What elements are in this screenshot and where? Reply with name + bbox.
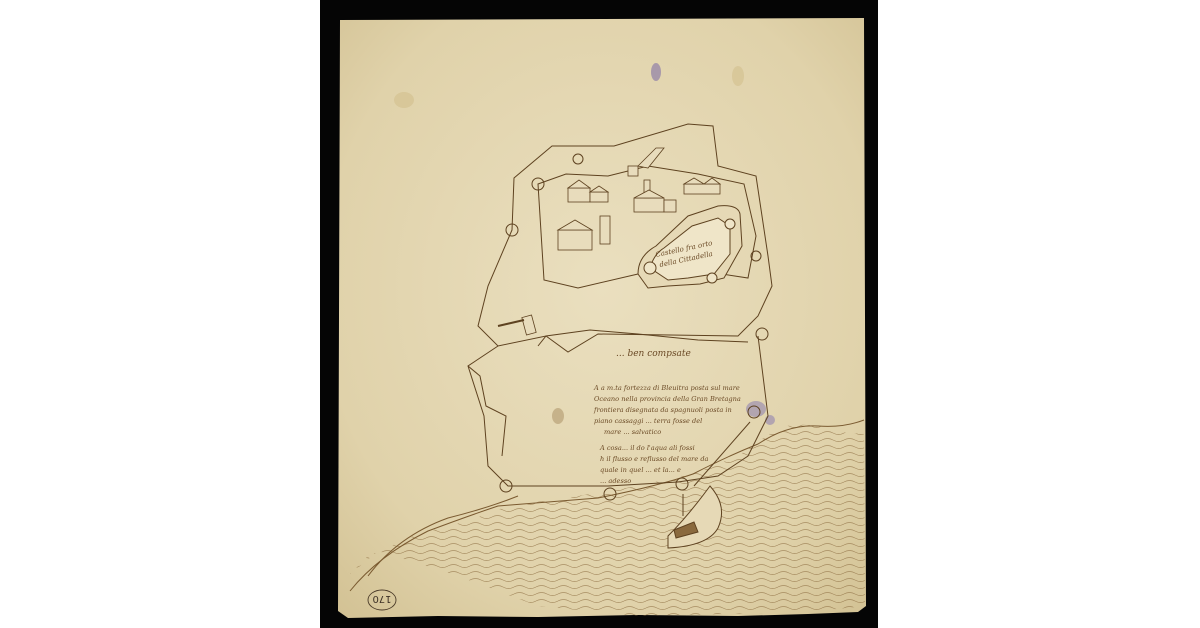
- archive-number: 170: [372, 593, 391, 604]
- legend-line: frontiera disegnata da spagnuoli posta i…: [593, 406, 732, 414]
- legend-line: A a m.ta fortezza di Bleuitra posta sul …: [593, 384, 740, 392]
- legend-line: piano cassaggi ... terra fosse del: [594, 417, 702, 425]
- map-heading: ... ben compsate: [616, 349, 691, 359]
- legend-line: quale in quel ... et la... e: [600, 466, 681, 474]
- legend-line: A cosa... il do l'aqua ali fossi: [599, 444, 695, 452]
- legend-line: Oceano nella provincia della Gran Bretag…: [594, 395, 741, 403]
- parchment-sheet: Castello fra orto della Cittadella: [338, 16, 866, 618]
- legend-line: h il flusso e reflusso del mare da: [600, 455, 709, 463]
- legend-line: ... adesso: [600, 477, 631, 485]
- legend-line: mare ... salvatico: [604, 428, 661, 436]
